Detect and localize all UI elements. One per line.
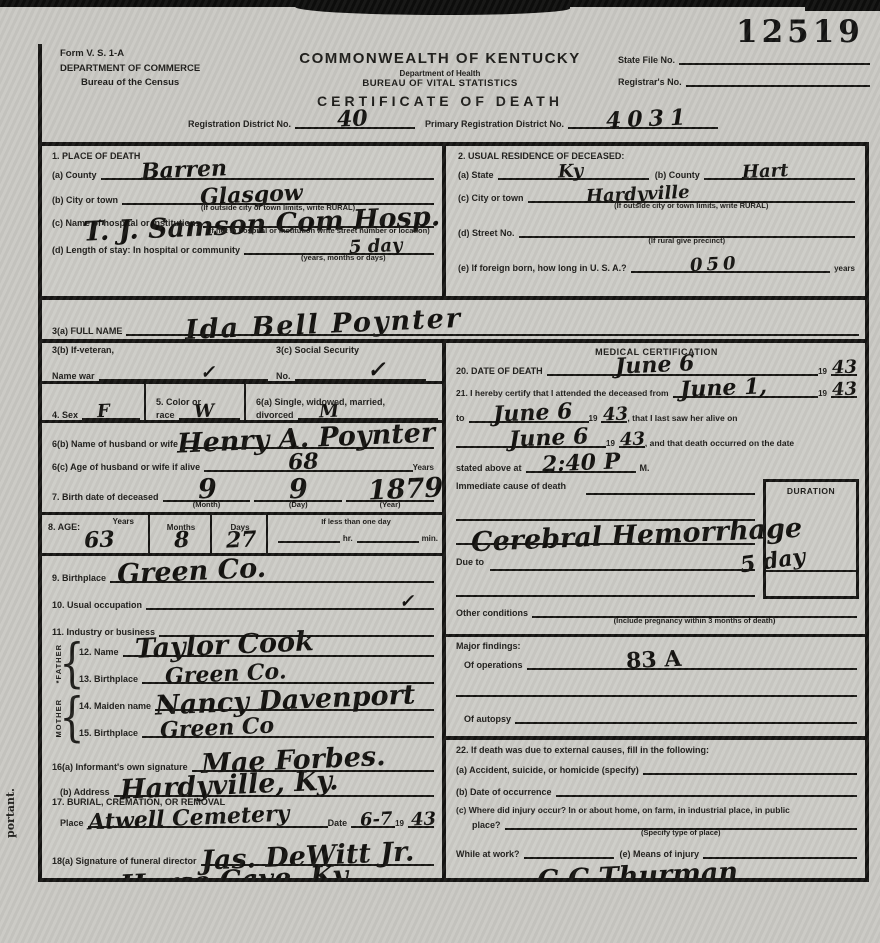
- full-name-value: Ida Bell Poynter: [184, 305, 462, 344]
- external-c-line: (Specify type of place): [505, 817, 857, 830]
- scan-corner-blob: [805, 0, 880, 11]
- certificate-body: 1. PLACE OF DEATH (a) County Barren (b) …: [38, 142, 869, 882]
- dod-line: June 6: [547, 363, 818, 376]
- margin-vertical-text: portant.: [4, 788, 17, 838]
- external-b-row: (b) Date of occurrence: [456, 784, 857, 797]
- cause-label: Immediate cause of death: [456, 481, 566, 491]
- pod-county-value: Barren: [140, 157, 227, 183]
- stated-label: stated above at: [456, 463, 522, 473]
- certify-to-year-prefix: 19: [589, 414, 598, 423]
- birthplace-row: 9. Birthplace Green Co.: [52, 556, 434, 583]
- full-name-label: 3(a) FULL NAME: [52, 326, 122, 336]
- certify-line-3: June 6 19 43 , and that death occurred o…: [456, 435, 857, 448]
- age-hr-line: [278, 530, 340, 543]
- commonwealth-title: COMMONWEALTH OF KENTUCKY: [235, 50, 645, 67]
- cause-line-3: Cerebral Hemorrhage: [456, 543, 755, 545]
- res-foreign-label: (e) If foreign born, how long in U. S. A…: [458, 263, 627, 273]
- occupation-label: 10. Usual occupation: [52, 600, 142, 610]
- res-foreign-line: 050: [631, 260, 830, 273]
- mother-birthplace-row: 15. Birthplace Green Co: [79, 725, 434, 738]
- age-months-value: 8: [174, 529, 190, 552]
- burial-year-line: 43: [408, 815, 434, 828]
- bureau-vital-statistics: BUREAU OF VITAL STATISTICS: [235, 78, 645, 89]
- veteran-mark: ✓: [200, 364, 216, 383]
- pod-stay-note: (years, months or days): [301, 253, 386, 262]
- age-years-label: Years: [113, 517, 134, 526]
- res-years-label: years: [834, 264, 855, 273]
- occupation-row: 10. Usual occupation ✓: [52, 583, 434, 610]
- external-title: 22. If death was due to external causes,…: [456, 745, 857, 755]
- race-label-2: race: [156, 410, 175, 420]
- medical-column: MEDICAL CERTIFICATION 20. DATE OF DEATH …: [446, 343, 865, 878]
- certifier-sig-line: C C Thurman (M. D. or other): [517, 875, 857, 878]
- father-bp-label: 13. Birthplace: [79, 674, 138, 684]
- autopsy-line: [515, 711, 857, 724]
- usual-residence-section: 2. USUAL RESIDENCE OF DECEASED: (a) Stat…: [446, 146, 865, 296]
- ssn-no-label: No.: [276, 371, 291, 381]
- certify-from-year: 43: [832, 380, 858, 399]
- res-street-note: (If rural give precinct): [519, 236, 855, 245]
- other-conditions-row: Other conditions (Include pregnancy with…: [456, 605, 857, 618]
- bureau-of-census: Bureau of the Census: [60, 76, 200, 91]
- spouse-age-value: 68: [287, 450, 319, 473]
- certificate-title: CERTIFICATE OF DEATH: [235, 93, 645, 109]
- age-min-label: min.: [422, 534, 438, 543]
- certify-last-year-line: 43: [619, 435, 645, 448]
- res-state-label: (a) State: [458, 170, 494, 180]
- father-name-value: Taylor Cook: [134, 628, 314, 663]
- external-c-label-1: (c) Where did injury occur? In or about …: [456, 805, 857, 815]
- external-c-row: (c) Where did injury occur? In or about …: [456, 805, 857, 830]
- spouse-age-line: 68: [204, 459, 412, 472]
- pod-stay-label: (d) Length of stay: In hospital or commu…: [52, 245, 240, 255]
- dod-year-line: 43: [831, 363, 857, 376]
- sex-label: 4. Sex: [52, 410, 78, 420]
- form-left-border: [38, 44, 42, 146]
- autopsy-label: Of autopsy: [456, 714, 511, 724]
- burial-year-prefix: 19: [395, 819, 404, 828]
- other-conditions-line: (Include pregnancy within 3 months of de…: [532, 605, 857, 618]
- res-county-label: (b) County: [655, 170, 700, 180]
- primary-district-label: Primary Registration District No.: [425, 119, 564, 129]
- veteran-ssn-row: 3(b) If-veteran, Name war ✓ 3(c) Social …: [42, 343, 442, 384]
- work-line: [524, 846, 614, 859]
- certify-line-1: 21. I hereby certify that I attended the…: [456, 385, 857, 398]
- informant-signature-row: 16(a) Informant's own signature Mae Forb…: [52, 745, 434, 772]
- form-number: Form V. S. 1-A: [60, 47, 200, 62]
- mother-name-label: 14. Maiden name: [79, 701, 151, 711]
- age-less-label: If less than one day: [274, 517, 438, 526]
- certify-last-line: June 6: [456, 435, 606, 448]
- certify-from-line: June 1,: [673, 385, 819, 398]
- age-days-value: 27: [225, 528, 257, 551]
- birthplace-value: Green Co.: [116, 555, 266, 588]
- findings-extra-line: [456, 684, 857, 697]
- external-a-line: [643, 762, 857, 775]
- res-county-line: Hart: [704, 167, 855, 180]
- certify-to-date: June 6: [492, 400, 572, 425]
- name-war-label: Name war: [52, 371, 95, 381]
- external-c-note: (Specify type of place): [505, 828, 857, 837]
- certify-last-year: 43: [620, 430, 646, 449]
- sex-value: F: [96, 403, 110, 422]
- title-block: COMMONWEALTH OF KENTUCKY Department of H…: [235, 50, 645, 109]
- informant-sig-label: 16(a) Informant's own signature: [52, 762, 188, 772]
- burial-date-line: 6-7: [351, 815, 395, 828]
- department-of-commerce: DEPARTMENT OF COMMERCE: [60, 62, 200, 77]
- mother-name-row: 14. Maiden name Nancy Davenport: [79, 698, 434, 711]
- death-certificate-scan: 12519 portant. Form V. S. 1-A DEPARTMENT…: [0, 0, 880, 943]
- certify-text-3: , and that death occurred on the date: [645, 438, 794, 448]
- work-label: While at work?: [456, 849, 520, 859]
- res-state-line: Ky: [498, 167, 649, 180]
- certify-from-year-prefix: 19: [818, 389, 827, 398]
- external-a-row: (a) Accident, suicide, or homicide (spec…: [456, 762, 857, 775]
- personal-column: 3(b) If-veteran, Name war ✓ 3(c) Social …: [42, 343, 446, 878]
- ssn-mark: ✓: [366, 359, 385, 382]
- burial-place-label: Place: [52, 818, 84, 828]
- birth-day-line: 9 (Day): [254, 489, 342, 502]
- certify-from-year-line: 43: [831, 385, 857, 398]
- certificate-stamp-number: 12519: [736, 14, 864, 50]
- burial-section: 17. BURIAL, CREMATION, OR REMOVAL Place …: [52, 797, 434, 837]
- pod-city-label: (b) City or town: [52, 195, 118, 205]
- dod-year-value: 43: [832, 358, 858, 377]
- birth-date-row: 7. Birth date of deceased 9 (Month) 9 (D…: [42, 472, 442, 515]
- birthplace-label: 9. Birthplace: [52, 573, 106, 583]
- operations-row: Of operations 83 A: [456, 657, 857, 670]
- occupation-line: ✓: [146, 597, 434, 610]
- name-war-line: ✓: [99, 368, 268, 381]
- mother-group: MOTHER 14. Maiden name Nancy Davenport 1…: [52, 691, 434, 745]
- certify-from-date: June 1,: [679, 375, 767, 401]
- certify-line-4: stated above at 2:40 P M.: [456, 460, 857, 473]
- funeral-director-row: 18(a) Signature of funeral director Jas.…: [52, 837, 434, 866]
- work-means-row: While at work? (e) Means of injury: [456, 846, 857, 859]
- certify-to-year-line: 43: [601, 410, 627, 423]
- registration-district-value: 40: [337, 107, 369, 130]
- mother-bp-label: 15. Birthplace: [79, 728, 138, 738]
- department-of-health: Department of Health: [235, 69, 645, 78]
- external-b-line: [556, 784, 857, 797]
- certifier-signature: C C Thurman: [536, 859, 738, 878]
- res-foreign-value: 050: [690, 255, 740, 275]
- birth-day-note: (Day): [254, 500, 342, 509]
- pod-stay-line: 5 day (years, months or days): [244, 242, 434, 255]
- autopsy-row: Of autopsy: [456, 711, 857, 724]
- medical-separator-1: [446, 634, 865, 637]
- dod-value: June 6: [614, 352, 694, 377]
- burial-date-label: Date: [328, 818, 348, 828]
- state-file-no-line: [679, 52, 870, 65]
- certify-text-1: 21. I hereby certify that I attended the…: [456, 388, 669, 398]
- father-name-line: Taylor Cook: [123, 644, 434, 657]
- primary-district-value: 4031: [605, 106, 691, 132]
- primary-district-line: 4031: [568, 116, 718, 129]
- mother-name-line: Nancy Davenport: [155, 698, 434, 711]
- sex-race-marital-row: 4. Sex F 5. Color or race W: [42, 384, 442, 423]
- birthplace-line: Green Co.: [110, 570, 434, 583]
- m-label: M.: [640, 463, 650, 473]
- veteran-label: 3(b) If-veteran,: [52, 345, 268, 355]
- certify-to-year: 43: [602, 405, 628, 424]
- registration-district-line: 40: [295, 116, 415, 129]
- spouse-age-years: Years: [413, 463, 434, 472]
- pod-hospital-note: (If not in hospital or institution write…: [203, 226, 435, 235]
- sex-line: F: [82, 407, 140, 420]
- birth-date-label: 7. Birth date of deceased: [52, 492, 159, 502]
- age-hr-label: hr.: [343, 534, 353, 543]
- certifier-signature-row: 23. Signature C C Thurman (M. D. or othe…: [456, 875, 857, 878]
- operations-label: Of operations: [456, 660, 523, 670]
- duration-label: DURATION: [766, 486, 856, 496]
- due-to-line: [490, 569, 755, 571]
- age-label: 8. AGE:: [48, 522, 80, 532]
- father-brace: [65, 637, 79, 691]
- duration-box: DURATION 5 day: [763, 479, 859, 599]
- other-conditions-note: (Include pregnancy within 3 months of de…: [532, 616, 857, 625]
- father-bp-value: Green Co.: [165, 660, 287, 687]
- form-number-block: Form V. S. 1-A DEPARTMENT OF COMMERCE Bu…: [60, 47, 200, 91]
- place-of-death-title: 1. PLACE OF DEATH: [52, 151, 434, 161]
- res-street-line: (If rural give precinct): [519, 225, 855, 238]
- burial-year-value: 43: [410, 810, 436, 829]
- spouse-age-label: 6(c) Age of husband or wife if alive: [52, 462, 200, 472]
- age-years-value: 63: [84, 528, 116, 551]
- registration-district-row: Registration District No. 40 Primary Reg…: [188, 116, 838, 129]
- mother-bp-line: Green Co: [142, 725, 434, 738]
- marital-label-1: 6(a) Single, widowed, married,: [256, 397, 438, 407]
- informant-addr-line: Hardyville, Ky.: [114, 784, 434, 797]
- certify-last-year-prefix: 19: [606, 439, 615, 448]
- means-label: (e) Means of injury: [620, 849, 700, 859]
- mother-brace: [65, 691, 79, 745]
- medical-separator-2: [446, 736, 865, 740]
- date-of-death-row: 20. DATE OF DEATH June 6 19 43: [456, 363, 857, 376]
- res-state-value: Ky: [558, 162, 584, 181]
- dod-year-prefix: 19: [818, 367, 827, 376]
- certify-line-2: to June 6 19 43 , that I last saw her al…: [456, 410, 857, 423]
- burial-place-line: Atwell Cemetery: [88, 815, 328, 828]
- pod-county-line: Barren: [101, 167, 435, 180]
- mother-bp-value: Green Co: [159, 715, 274, 742]
- burial-place-value: Atwell Cemetery: [87, 803, 289, 834]
- informant-address-row: (b) Address Hardyville, Ky.: [52, 772, 434, 797]
- full-name-row: 3(a) FULL NAME Ida Bell Poynter: [42, 300, 865, 343]
- res-street-label: (d) Street No.: [458, 228, 515, 238]
- external-c-label-2: place?: [456, 820, 501, 830]
- father-name-row: 12. Name Taylor Cook: [79, 644, 434, 657]
- age-min-line: [357, 530, 419, 543]
- cause-of-death-block: Immediate cause of death Cerebral Hemorr…: [456, 477, 857, 605]
- certify-text-2: , that I last saw her alive on: [627, 413, 737, 423]
- external-b-label: (b) Date of occurrence: [456, 787, 552, 797]
- husband-line: Henry A. Poynter: [182, 436, 434, 449]
- dod-label: 20. DATE OF DEATH: [456, 366, 543, 376]
- res-city-note: (If outside city or town limits, write R…: [528, 201, 856, 210]
- time-line: 2:40 P: [526, 460, 636, 473]
- marital-value: M: [318, 403, 339, 422]
- birth-month-line: 9 (Month): [163, 489, 251, 502]
- findings-extra-line-row: [456, 684, 857, 697]
- res-city-label: (c) City or town: [458, 193, 524, 203]
- age-row: 8. AGE: Years 63 Months 8 Days 27 If les…: [42, 515, 442, 556]
- funeral-sig-label: 18(a) Signature of funeral director: [52, 856, 197, 866]
- scan-ink-blob: [295, 0, 570, 15]
- cause-line-1: [586, 493, 755, 495]
- birth-year-note: (Year): [346, 500, 434, 509]
- file-number-block: State File No. Registrar's No.: [618, 52, 870, 96]
- pod-hospital-line: T. J. Samson Com Hosp. (If not in hospit…: [203, 215, 435, 228]
- father-name-label: 12. Name: [79, 647, 119, 657]
- ssn-label: 3(c) Social Security: [276, 345, 426, 355]
- registrar-no-line: [686, 74, 870, 87]
- husband-label: 6(b) Name of husband or wife: [52, 439, 178, 449]
- operations-value: 83 A: [625, 648, 681, 672]
- time-value: 2:40 P: [542, 450, 621, 475]
- certify-to-line: June 6: [469, 410, 589, 423]
- burial-date-value: 6-7: [360, 810, 393, 829]
- operations-line: 83 A: [527, 657, 857, 670]
- place-of-death-section: 1. PLACE OF DEATH (a) County Barren (b) …: [42, 146, 446, 296]
- occupation-mark: ✓: [399, 593, 415, 612]
- cause-line-4: [456, 595, 755, 597]
- certify-to-label: to: [456, 413, 465, 423]
- birth-month-note: (Month): [163, 500, 251, 509]
- marital-label-2: divorced: [256, 410, 294, 420]
- certify-last-date: June 6: [508, 425, 588, 450]
- other-conditions-label: Other conditions: [456, 608, 528, 618]
- state-file-no-label: State File No.: [618, 55, 675, 65]
- residence-title: 2. USUAL RESIDENCE OF DECEASED:: [458, 151, 855, 161]
- ssn-line: ✓: [295, 368, 427, 381]
- due-to-label: Due to: [456, 557, 484, 567]
- race-line: W: [179, 407, 240, 420]
- informant-addr-label: (b) Address: [52, 787, 110, 797]
- registration-district-label: Registration District No.: [188, 119, 291, 129]
- husband-row: 6(b) Name of husband or wife Henry A. Po…: [52, 423, 434, 449]
- race-value: W: [194, 403, 215, 422]
- birth-year-line: 1879 (Year): [346, 489, 434, 502]
- registrar-no-label: Registrar's No.: [618, 77, 682, 87]
- pod-county-label: (a) County: [52, 170, 97, 180]
- full-name-line: Ida Bell Poynter: [126, 323, 859, 336]
- res-city-line: Hardyville (If outside city or town limi…: [528, 190, 856, 203]
- external-a-label: (a) Accident, suicide, or homicide (spec…: [456, 765, 639, 775]
- res-county-value: Hart: [741, 162, 788, 182]
